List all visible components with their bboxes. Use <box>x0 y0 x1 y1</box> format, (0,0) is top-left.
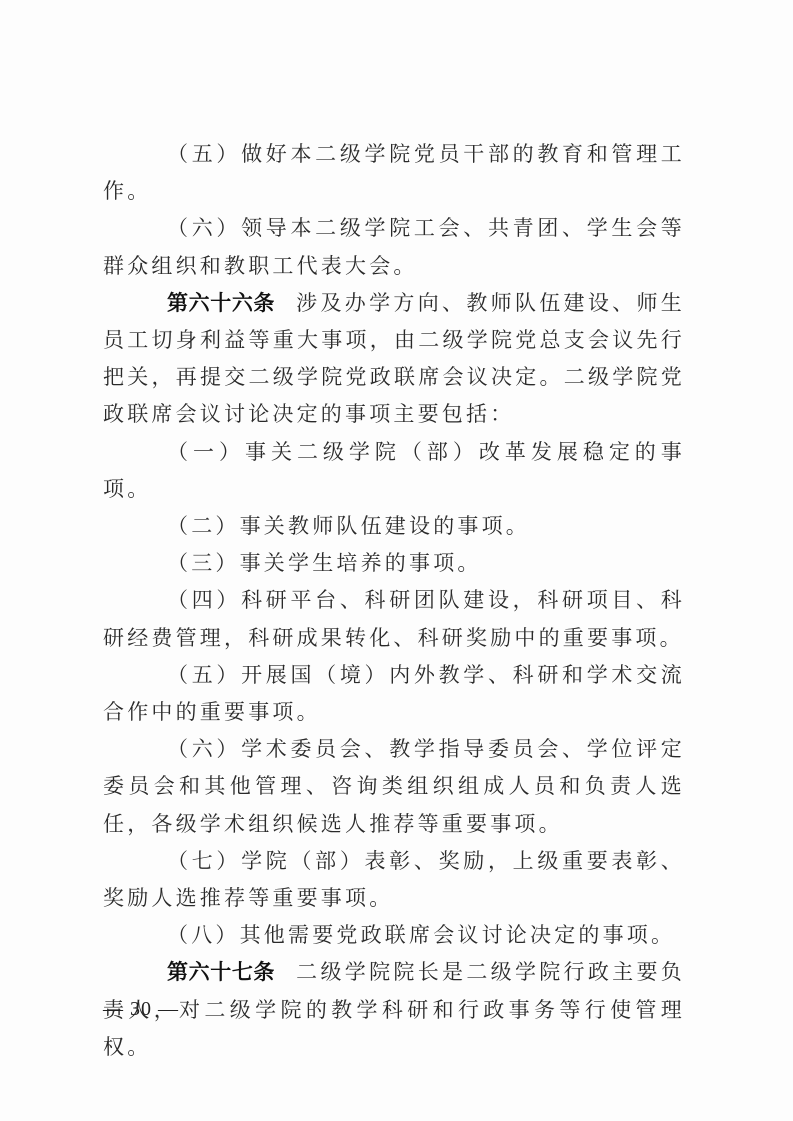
article-67: 第六十七条二级学院院长是二级学院行政主要负责人，对二级学院的教学科研和行政事务等… <box>103 954 685 1066</box>
paragraph-text: （五）开展国（境）内外教学、科研和学术交流合作中的重要事项。 <box>103 663 685 724</box>
item-5-party-education: （五）做好本二级学院党员干部的教育和管理工作。 <box>103 136 685 210</box>
article-66-item-4: （四）科研平台、科研团队建设，科研项目、科研经费管理，科研成果转化、科研奖励中的… <box>103 582 685 656</box>
article-66: 第六十六条涉及办学方向、教师队伍建设、师生员工切身利益等重大事项，由二级学院党总… <box>103 285 685 434</box>
paragraph-text: （一）事关二级学院（部）改革发展稳定的事项。 <box>103 440 685 501</box>
article-66-item-2: （二）事关教师队伍建设的事项。 <box>103 508 685 545</box>
paragraph-text: （三）事关学生培养的事项。 <box>167 551 482 575</box>
document-body: （五）做好本二级学院党员干部的教育和管理工作。 （六）领导本二级学院工会、共青团… <box>103 136 685 1066</box>
article-66-item-8: （八）其他需要党政联席会议讨论决定的事项。 <box>103 917 685 954</box>
article-66-item-6: （六）学术委员会、教学指导委员会、学位评定委员会和其他管理、咨询类组织组成人员和… <box>103 731 685 843</box>
document-page: （五）做好本二级学院党员干部的教育和管理工作。 （六）领导本二级学院工会、共青团… <box>0 0 793 1121</box>
paragraph-text: （四）科研平台、科研团队建设，科研项目、科研经费管理，科研成果转化、科研奖励中的… <box>103 588 685 649</box>
paragraph-text: （六）领导本二级学院工会、共青团、学生会等群众组织和教职工代表大会。 <box>103 216 685 277</box>
article-66-item-7: （七）学院（部）表彰、奖励，上级重要表彰、奖励人选推荐等重要事项。 <box>103 843 685 917</box>
paragraph-text: （七）学院（部）表彰、奖励，上级重要表彰、奖励人选推荐等重要事项。 <box>103 849 685 910</box>
paragraph-text: （五）做好本二级学院党员干部的教育和管理工作。 <box>103 142 685 203</box>
article-66-item-3: （三）事关学生培养的事项。 <box>103 545 685 582</box>
page-number: — 30 — <box>103 998 179 1021</box>
article-66-item-5: （五）开展国（境）内外教学、科研和学术交流合作中的重要事项。 <box>103 657 685 731</box>
item-6-mass-organizations: （六）领导本二级学院工会、共青团、学生会等群众组织和教职工代表大会。 <box>103 210 685 284</box>
paragraph-text: （二）事关教师队伍建设的事项。 <box>167 514 530 538</box>
paragraph-text: （六）学术委员会、教学指导委员会、学位评定委员会和其他管理、咨询类组织组成人员和… <box>103 737 685 835</box>
paragraph-text: （八）其他需要党政联席会议讨论决定的事项。 <box>167 923 675 947</box>
article-title: 第六十七条 <box>167 960 275 984</box>
article-66-item-1: （一）事关二级学院（部）改革发展稳定的事项。 <box>103 434 685 508</box>
article-title: 第六十六条 <box>167 291 275 315</box>
